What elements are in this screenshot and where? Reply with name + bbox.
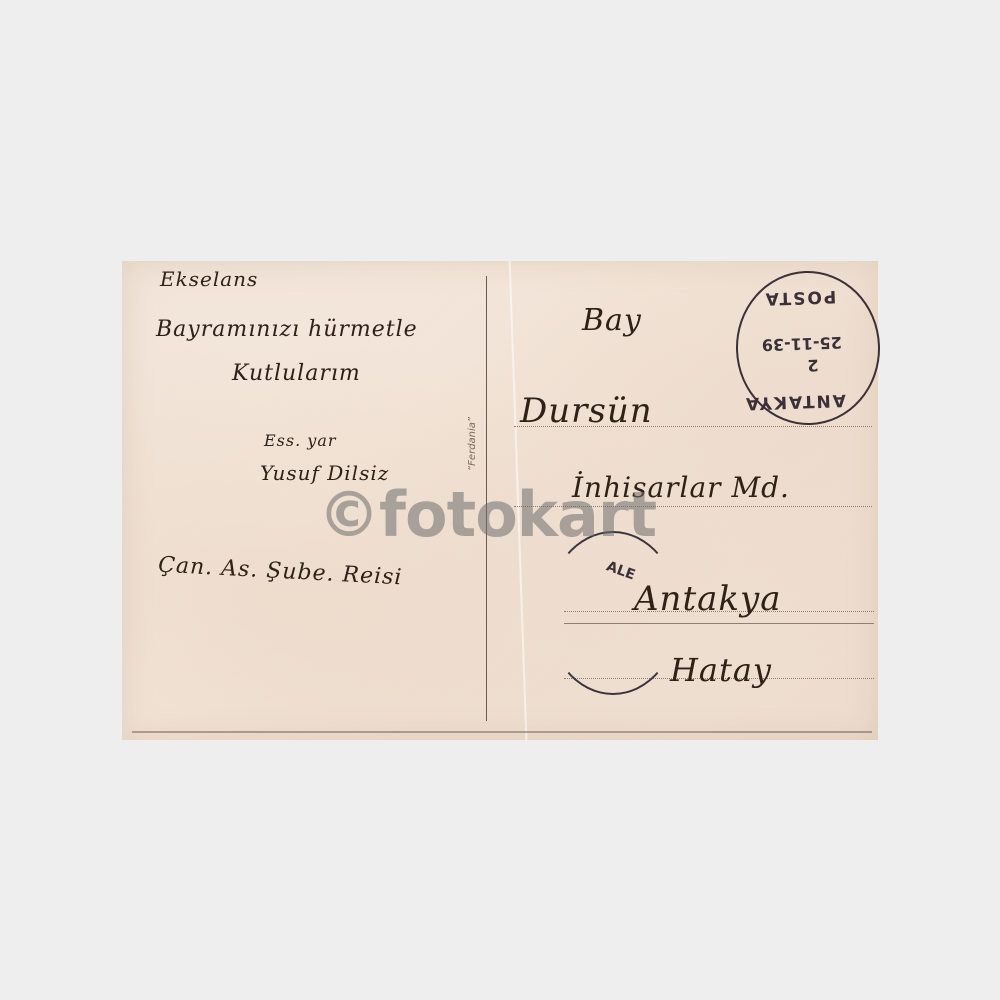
- postmark-secondary-text: ALE: [604, 558, 637, 583]
- postmark-top-text: POSTA: [763, 286, 836, 309]
- postmark-secondary: ALE: [546, 531, 680, 695]
- watermark: ©fotokart: [318, 478, 656, 551]
- sender-location: Çan. As. Şube. Reisi: [158, 553, 404, 591]
- signature-prefix: Ess. yar: [264, 431, 337, 450]
- postmark-antakya: ANTAKYA 2 25-11-39 POSTA: [733, 269, 882, 428]
- postmark-date: 25-11-39: [761, 333, 842, 355]
- message-line-2: Bayramınızı hürmetle: [156, 317, 418, 342]
- postmark-number: 2: [807, 356, 819, 375]
- address-province: Hatay: [670, 651, 772, 689]
- address-salutation: Bay: [582, 303, 642, 338]
- message-greeting: Ekselans: [160, 267, 258, 291]
- postmark-bottom-text: ANTAKYA: [744, 390, 846, 414]
- message-line-3: Kutlularım: [232, 361, 361, 386]
- address-name: Dursün: [520, 391, 653, 431]
- bottom-edge-text-fragment: [132, 731, 872, 737]
- publisher-mark: “Ferdania”: [467, 417, 478, 471]
